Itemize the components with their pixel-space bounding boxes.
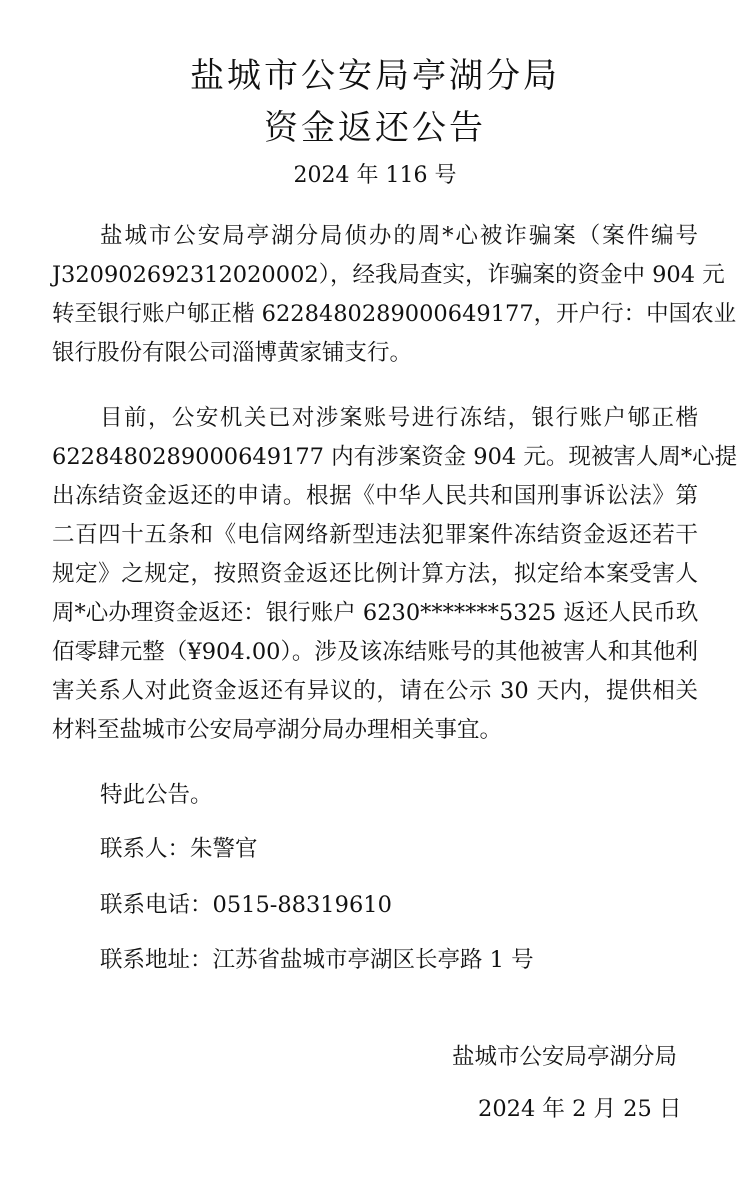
document-number: 2024 年 116 号	[0, 162, 750, 190]
signature-issuer: 盐城市公安局亭湖分局	[452, 1042, 677, 1072]
paragraph-2-line-2: 6228480289000649177 内有涉案资金 904 元。现被害人周*心…	[52, 442, 698, 472]
contact-address: 联系地址：江苏省盐城市亭湖区长亭路 1 号	[100, 945, 534, 975]
paragraph-2-line-3: 出冻结资金返还的申请。根据《中华人民共和国刑事诉讼法》第	[52, 481, 698, 511]
paragraph-2-line-5: 规定》之规定，按照资金返还比例计算方法，拟定给本案受害人	[52, 559, 698, 589]
paragraph-2-line-1: 目前，公安机关已对涉案账号进行冻结，银行账户郇正楷	[100, 403, 698, 433]
contact-person: 联系人：朱警官	[100, 834, 258, 864]
paragraph-2-line-8: 害关系人对此资金返还有异议的，请在公示 30 天内，提供相关	[52, 676, 698, 706]
paragraph-1-line-2: J320902692312020002），经我局查实，诈骗案的资金中 904 元	[52, 260, 698, 290]
title-issuer: 盐城市公安局亭湖分局	[0, 56, 750, 96]
paragraph-2-line-4: 二百四十五条和《电信网络新型违法犯罪案件冻结资金返还若干	[52, 520, 698, 550]
paragraph-2-line-9: 材料至盐城市公安局亭湖分局办理相关事宜。	[52, 715, 698, 745]
paragraph-2-line-6: 周*心办理资金返还：银行账户 6230*******5325 返还人民币玖	[52, 598, 698, 628]
paragraph-2-line-7: 佰零肆元整（¥904.00）。涉及该冻结账号的其他被害人和其他利	[52, 637, 698, 667]
paragraph-1-line-1: 盐城市公安局亭湖分局侦办的周*心被诈骗案（案件编号	[100, 221, 698, 251]
paragraph-1-line-4: 银行股份有限公司淄博黄家铺支行。	[52, 338, 698, 368]
closing-statement: 特此公告。	[100, 780, 213, 810]
title-notice: 资金返还公告	[0, 108, 750, 148]
paragraph-1-line-3: 转至银行账户郇正楷 6228480289000649177，开户行：中国农业	[52, 299, 698, 329]
signature-date: 2024 年 2 月 25 日	[478, 1094, 681, 1124]
contact-phone: 联系电话：0515-88319610	[100, 890, 392, 920]
